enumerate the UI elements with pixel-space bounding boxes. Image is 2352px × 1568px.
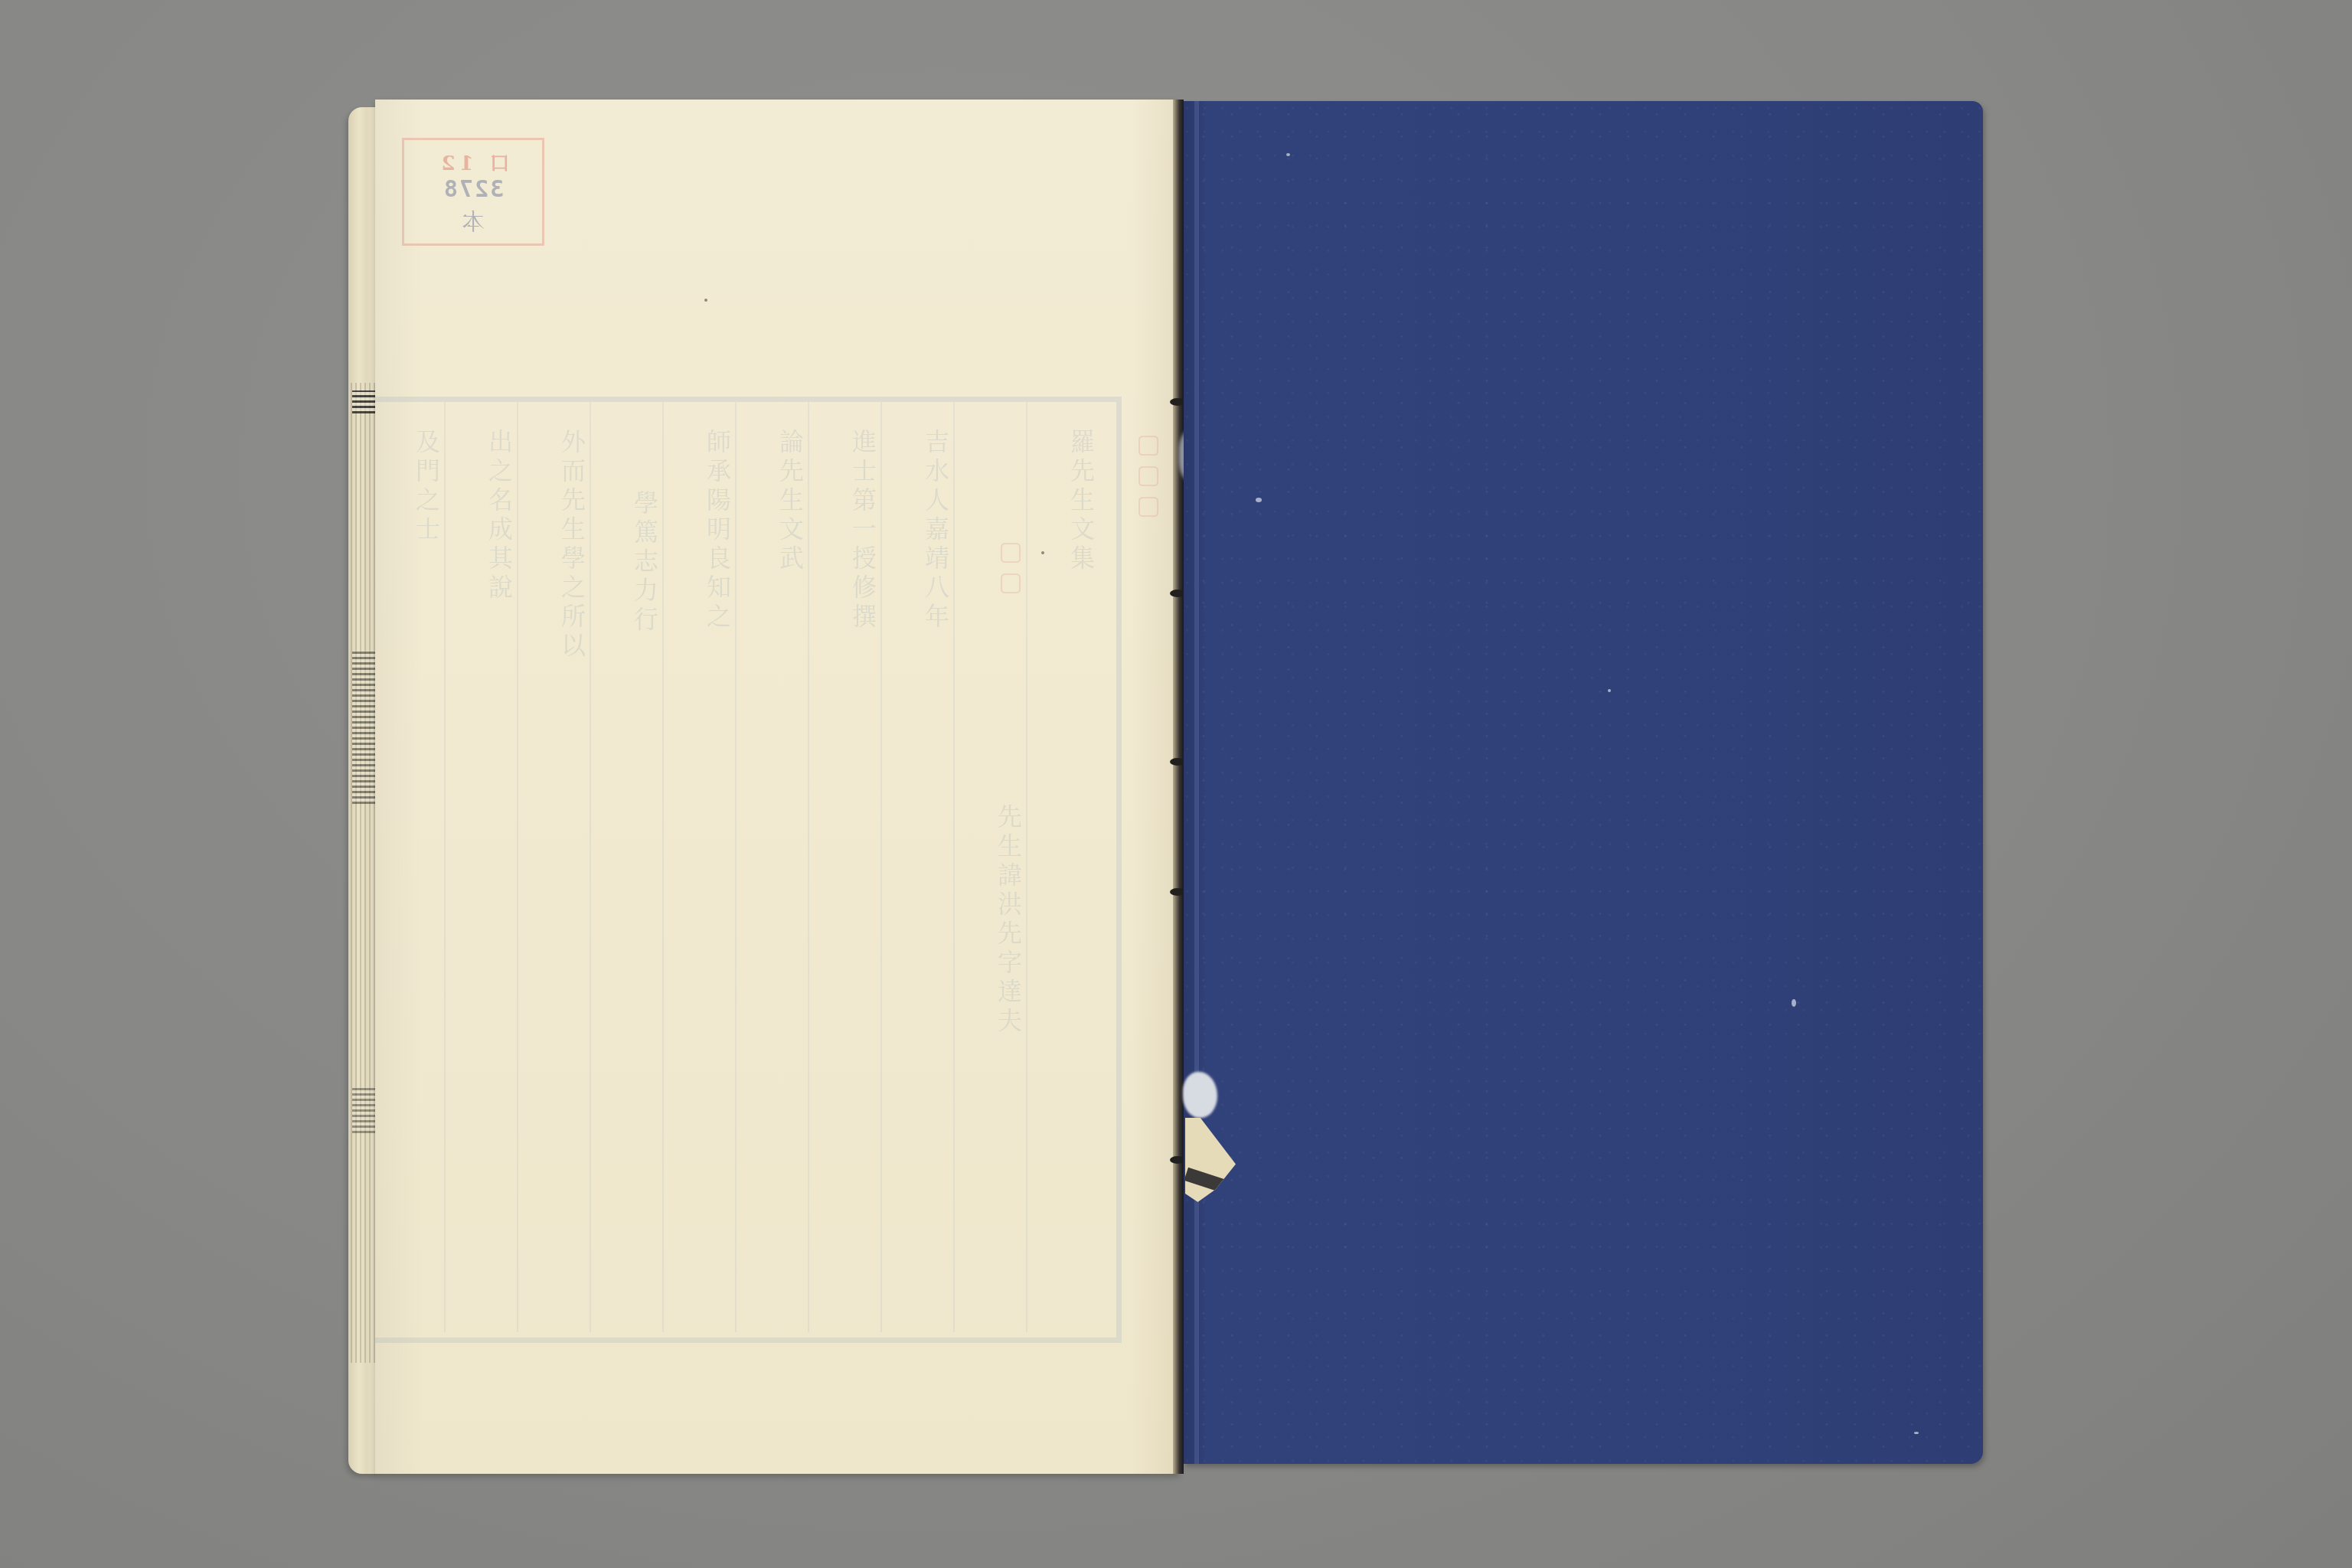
paper-speck [1041, 551, 1044, 554]
edge-printing-top [352, 390, 378, 413]
library-stamp: 口 12 3278 本 [402, 138, 544, 246]
cover-fleck [1792, 999, 1796, 1007]
show-through-column: 師承陽明良知之 [704, 429, 730, 1080]
column-rule [953, 402, 955, 1332]
stamp-row-1: 口 12 [404, 148, 542, 176]
column-rule [444, 402, 446, 1332]
spine-gutter [1173, 100, 1184, 1474]
paper-speck [704, 299, 707, 302]
red-seal-show-through: ▢▢▢ [1133, 429, 1164, 628]
stamp-row-3: 本 [404, 203, 542, 237]
show-through-column: 先生諱洪先字達夫 [995, 804, 1021, 1233]
column-rule [662, 402, 664, 1332]
stitch-hole [1170, 590, 1185, 597]
stitch-hole [1170, 398, 1185, 406]
column-rule [735, 402, 737, 1332]
stitch-hole [1170, 1156, 1185, 1164]
show-through-column: 出之名成其說 [486, 429, 512, 1309]
show-through-column: 進士第一授修撰 [850, 429, 876, 1309]
blue-cover [1184, 101, 1983, 1464]
edge-printing-low [352, 1087, 378, 1133]
show-through-column: 羅先生文集 [1068, 429, 1094, 620]
column-rule [517, 402, 518, 1332]
column-rule [590, 402, 591, 1332]
stamp-row-2: 3278 [404, 176, 542, 203]
column-rule [808, 402, 809, 1332]
torn-paper-fluff [1183, 1072, 1217, 1118]
show-through-column: 及門之士 [413, 429, 439, 1309]
cover-fold-line [1194, 101, 1199, 1464]
red-seal-show-through: ▢▢ [995, 536, 1026, 689]
stitch-hole [1170, 758, 1185, 766]
show-through-column: 外而先生學之所以 [559, 429, 585, 1309]
column-rule [1026, 402, 1027, 1332]
show-through-column: 吉水人嘉靖八年 [923, 429, 949, 1309]
column-rule [880, 402, 882, 1332]
page-edge-lines [351, 383, 377, 1363]
cover-fleck [1286, 153, 1290, 156]
show-through-column: 學篤志力行 [632, 490, 658, 720]
show-through-column: 論先生文武 [777, 429, 803, 1309]
cover-fleck [1914, 1432, 1919, 1434]
cover-fleck [1256, 498, 1262, 502]
cover-fleck [1608, 689, 1611, 692]
stitch-hole [1170, 888, 1185, 896]
edge-printing-mid [352, 651, 378, 804]
